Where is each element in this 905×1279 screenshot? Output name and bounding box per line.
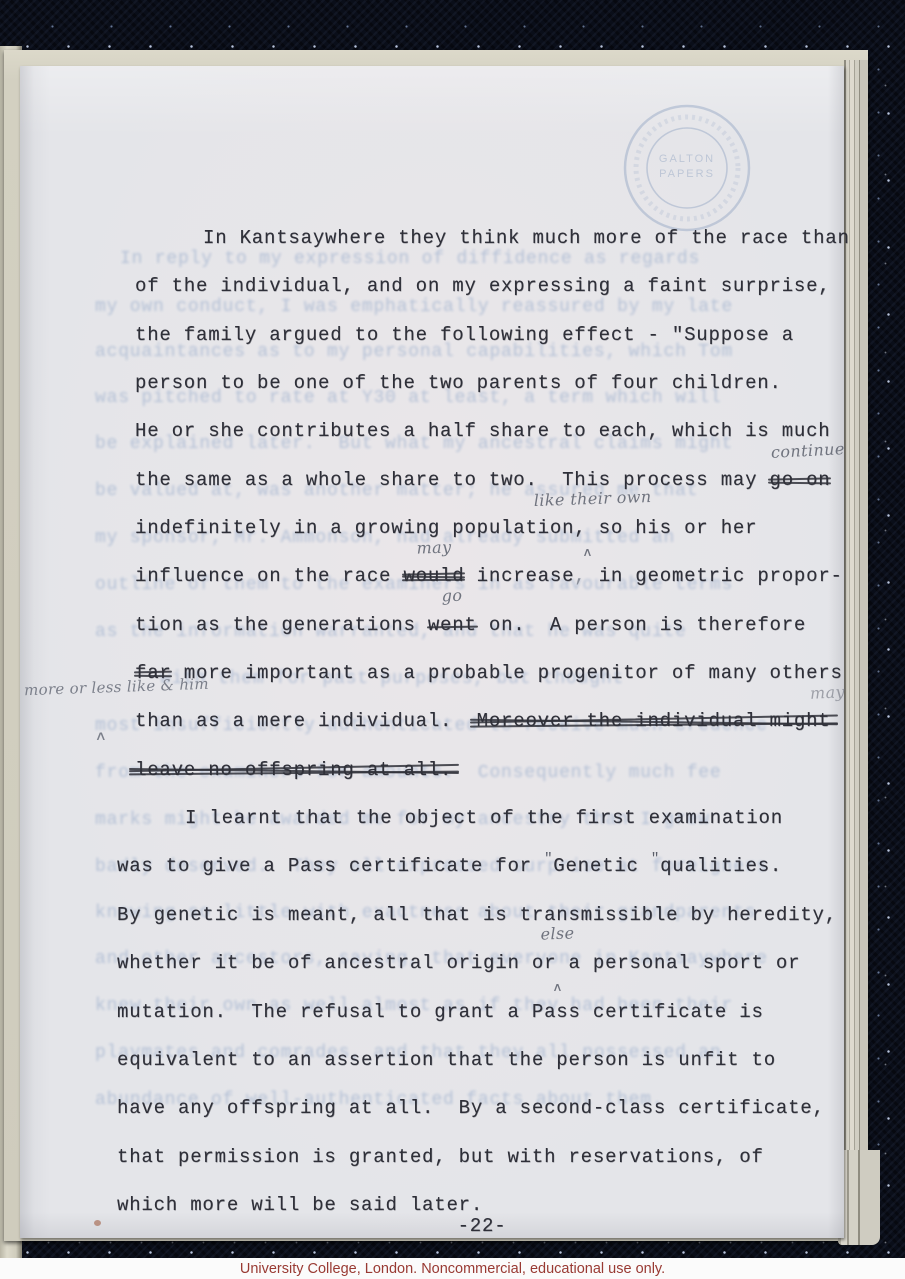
text-segment: ": [544, 851, 553, 867]
typed-line: have any offspring at all. By a second-c…: [117, 1084, 837, 1132]
paper-speck: [94, 1220, 101, 1226]
struck-text: Moreover the individual mightmay: [477, 710, 831, 732]
typed-line: In Kantsaywhere they think much more of …: [135, 214, 837, 262]
text-segment: indefinitely in a growing population,lik…: [135, 517, 586, 539]
typed-line: person to be one of the two parents of f…: [135, 359, 837, 407]
handwritten-note: go: [441, 572, 463, 621]
text-segment: tion as the generations: [135, 614, 428, 636]
text-segment: so his or her: [586, 517, 757, 539]
handwritten-note: may: [416, 523, 453, 573]
text-segment: Genetic: [553, 855, 651, 877]
typed-line: than as a mere individual. Moreover the …: [135, 697, 837, 745]
manuscript-page: GALTON PAPERS In reply to my expression …: [20, 66, 844, 1238]
text-segment: ": [651, 851, 660, 867]
typed-line: the same as a whole share to two. This p…: [135, 456, 837, 504]
typed-line: equivalent to an assertion that the pers…: [117, 1036, 837, 1084]
strike-line: [768, 477, 831, 480]
struck-text: wentgo: [428, 614, 477, 636]
page-stack-corner: [838, 1150, 880, 1245]
strike-line: [470, 722, 838, 727]
text-segment: more important as a probable progenitor …: [172, 662, 843, 684]
typed-line: whether it be of ancestral origin orelse…: [117, 939, 837, 987]
text-segment: of the individual, and on my expressing …: [135, 275, 831, 297]
struck-text: go oncontinue: [770, 469, 831, 491]
strike-line: [134, 671, 172, 674]
text-segment: increase: [464, 565, 574, 587]
text-segment: mutation. The refusal to grant a Pass ce…: [117, 1001, 764, 1023]
typed-line: was to give a Pass certificate for "Gene…: [117, 842, 837, 890]
text-segment: ,: [574, 565, 586, 587]
text-segment: the same as a whole share to two. This p…: [135, 469, 770, 491]
text-segment: By genetic is meant, all that is transmi…: [117, 904, 837, 926]
typed-line: tion as the generations wentgo on. A per…: [135, 601, 837, 649]
text-segment: whether it be of ancestral origin orelse…: [117, 952, 556, 974]
text-segment: person to be one of the two parents of f…: [135, 372, 782, 394]
typed-line: mutation. The refusal to grant a Pass ce…: [117, 988, 837, 1036]
typed-line: leave no offspring at all.: [135, 746, 837, 794]
text-segment: was to give a Pass certificate for: [117, 855, 544, 877]
text-segment: have any offspring at all. By a second-c…: [117, 1097, 825, 1119]
strike-line: [427, 625, 478, 628]
typed-line: of the individual, and on my expressing …: [135, 262, 837, 310]
typed-text: In Kantsaywhere they think much more of …: [117, 214, 837, 1241]
manuscript-scan: GALTON PAPERS In reply to my expression …: [0, 0, 905, 1279]
text-segment: I learnt that the object of the first ex…: [185, 807, 783, 829]
text-segment: In Kantsaywhere they think much more of …: [203, 227, 850, 249]
text-segment: which more will be said later.: [117, 1194, 483, 1216]
typed-line: By genetic is meant, all that is transmi…: [117, 891, 837, 939]
strike-line: [768, 481, 831, 484]
text-segment: the family argued to the following effec…: [135, 324, 794, 346]
footer-strip: University College, London. Noncommercia…: [0, 1258, 905, 1279]
handwritten-note: continue: [770, 425, 846, 477]
text-segment: qualities.: [660, 855, 782, 877]
typed-line: I learnt that the object of the first ex…: [117, 794, 837, 842]
footer-caption: University College, London. Noncommercia…: [240, 1261, 665, 1277]
text-segment: influence on the race: [135, 565, 403, 587]
text-segment: a personal sport or: [556, 952, 800, 974]
handwritten-note: may: [808, 668, 845, 718]
strike-line: [129, 771, 459, 776]
text-segment: equivalent to an assertion that the pers…: [117, 1049, 776, 1071]
typed-line: the family argued to the following effec…: [135, 311, 837, 359]
typed-line: indefinitely in a growing population,lik…: [135, 504, 837, 552]
typed-line: far more important as a probable progeni…: [135, 649, 837, 697]
text-segment: than as a mere individual.: [135, 710, 477, 732]
text-segment: on. A person is therefore: [477, 614, 806, 636]
text-segment: He or she contributes a half share to ea…: [135, 420, 831, 442]
typed-line: He or she contributes a half share to ea…: [135, 407, 837, 455]
text-segment: that permission is granted, but with res…: [117, 1146, 764, 1168]
typed-line: influence on the race wouldmay increase,…: [135, 552, 837, 600]
struck-text: leave no offspring at all.: [135, 759, 452, 781]
typed-line: that permission is granted, but with res…: [117, 1133, 837, 1181]
margin-caret-mark: ∧: [95, 728, 107, 744]
text-segment: in geometric propor-: [587, 565, 843, 587]
